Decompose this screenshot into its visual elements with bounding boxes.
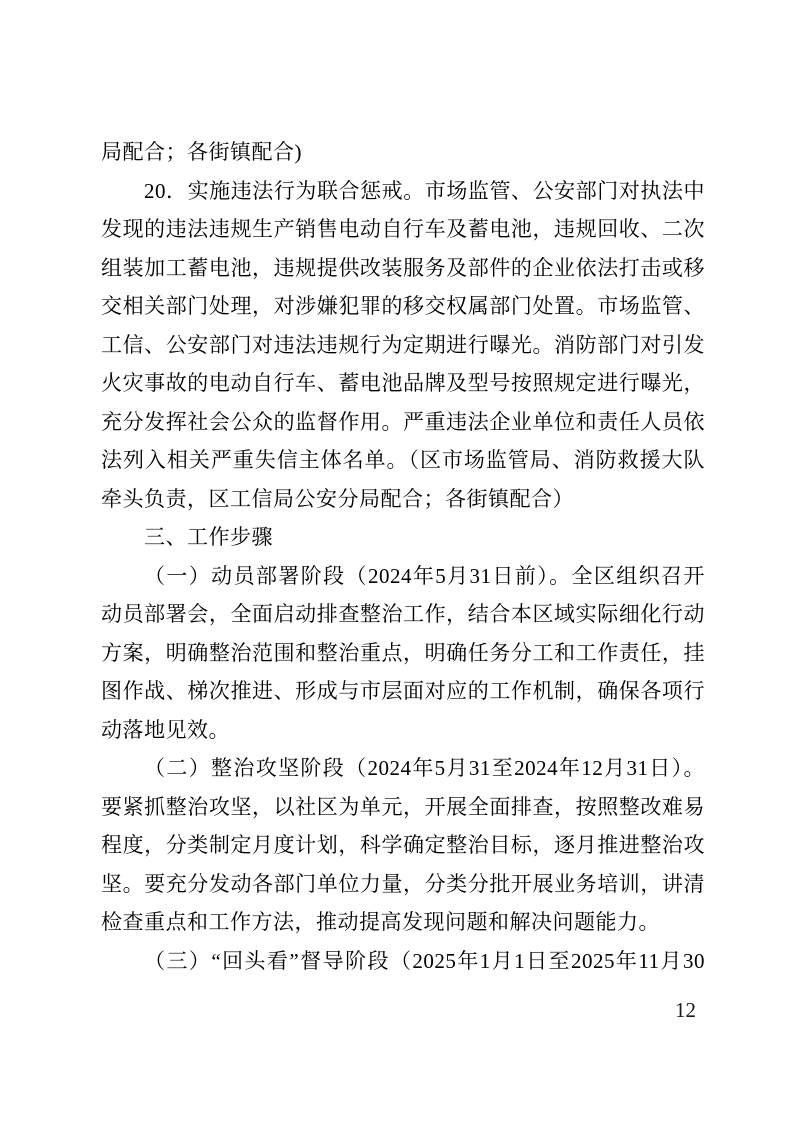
- text-line: 要紧抓整治攻坚，以社区为单元，开展全面排查，按照整改难易: [101, 788, 705, 827]
- text-line: 图作战、梯次推进、形成与市层面对应的工作机制，确保各项行: [101, 672, 705, 711]
- text-line: 20．实施违法行为联合惩戒。市场监管、公安部门对执法中: [101, 172, 705, 211]
- text-line: 法列入相关严重失信主体名单。（区市场监管局、消防救援大队: [101, 441, 705, 480]
- document-page: 局配合；各街镇配合)20．实施违法行为联合惩戒。市场监管、公安部门对执法中发现的…: [0, 0, 793, 1122]
- text-line: （一）动员部署阶段（2024年5月31日前）。全区组织召开: [101, 557, 705, 596]
- text-line: 检查重点和工作方法，推动提高发现问题和解决问题能力。: [101, 903, 705, 942]
- text-line: 充分发挥社会公众的监督作用。严重违法企业单位和责任人员依: [101, 403, 705, 442]
- text-line: 三、工作步骤: [101, 518, 705, 557]
- text-line: 程度，分类制定月度计划，科学确定整治目标，逐月推进整治攻: [101, 826, 705, 865]
- text-line: 火灾事故的电动自行车、蓄电池品牌及型号按照规定进行曝光，: [101, 364, 705, 403]
- text-line: （三）“回头看”督导阶段（2025年1月1日至2025年11月30: [101, 942, 705, 981]
- text-line: 局配合；各街镇配合): [101, 133, 705, 172]
- text-line: 坚。要充分发动各部门单位力量，分类分批开展业务培训，讲清: [101, 865, 705, 904]
- text-line: （二）整治攻坚阶段（2024年5月31至2024年12月31日）。: [101, 749, 705, 788]
- text-line: 交相关部门处理，对涉嫌犯罪的移交权属部门处置。市场监管、: [101, 287, 705, 326]
- text-line: 动落地见效。: [101, 711, 705, 750]
- text-line: 组装加工蓄电池，违规提供改装服务及部件的企业依法打击或移: [101, 249, 705, 288]
- text-line: 工信、公安部门对违法违规行为定期进行曝光。消防部门对引发: [101, 326, 705, 365]
- text-line: 动员部署会，全面启动排查整治工作，结合本区域实际细化行动: [101, 595, 705, 634]
- page-number: 12: [675, 996, 696, 1024]
- text-line: 发现的违法违规生产销售电动自行车及蓄电池，违规回收、二次: [101, 210, 705, 249]
- document-body: 局配合；各街镇配合)20．实施违法行为联合惩戒。市场监管、公安部门对执法中发现的…: [101, 133, 705, 980]
- text-line: 方案，明确整治范围和整治重点，明确任务分工和工作责任，挂: [101, 634, 705, 673]
- text-line: 牵头负责，区工信局公安分局配合；各街镇配合）: [101, 480, 705, 519]
